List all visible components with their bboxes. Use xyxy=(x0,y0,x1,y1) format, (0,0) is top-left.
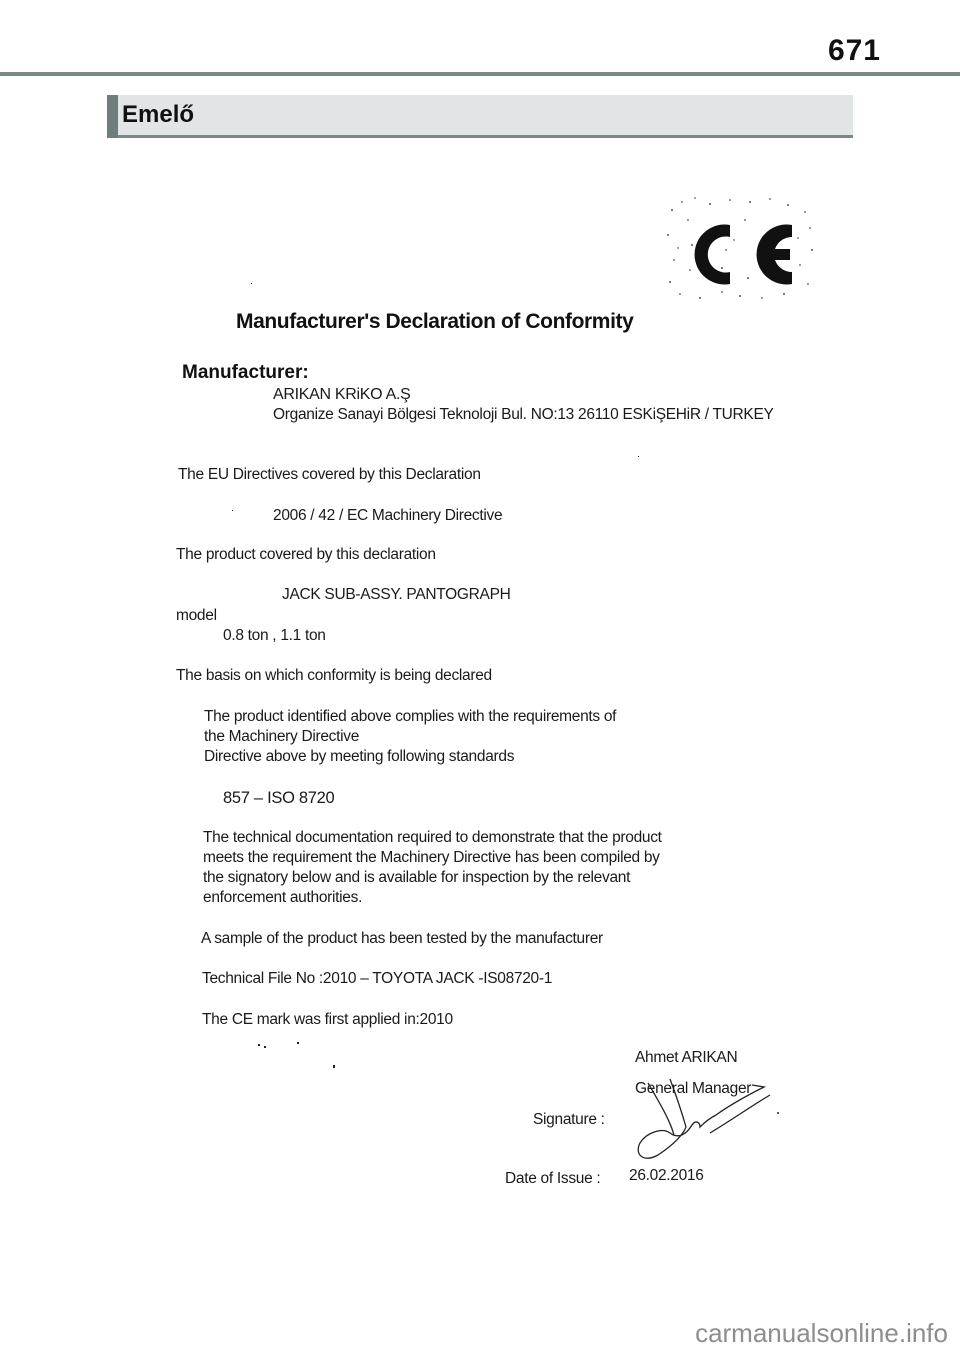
techdoc-line-4: enforcement authorities. xyxy=(203,889,362,907)
scan-speck xyxy=(333,1065,335,1068)
section-title: Emelő xyxy=(122,101,194,129)
model-label: model xyxy=(176,607,217,625)
declaration-title: Manufacturer's Declaration of Conformity xyxy=(236,310,633,334)
manufacturer-address: Organize Sanayi Bölgesi Teknoloji Bul. N… xyxy=(273,406,774,424)
product-heading: The product covered by this declaration xyxy=(176,546,436,564)
scan-speck xyxy=(258,1044,260,1046)
technical-file: Technical File No :2010 – TOYOTA JACK -I… xyxy=(202,970,552,988)
signature-label: Signature : xyxy=(533,1111,605,1129)
section-header: Emelő xyxy=(107,95,853,138)
basis-heading: The basis on which conformity is being d… xyxy=(176,667,492,685)
basis-line-1: The product identified above complies wi… xyxy=(204,708,616,726)
scan-speck xyxy=(232,510,233,511)
scan-speck xyxy=(251,283,252,284)
page-number: 671 xyxy=(828,34,881,68)
scan-speck xyxy=(638,456,639,457)
ce-first-applied: The CE mark was first applied in:2010 xyxy=(202,1011,453,1029)
signatory-name: Ahmet ARIKAN xyxy=(635,1049,737,1067)
sample-tested: A sample of the product has been tested … xyxy=(201,930,603,948)
standard-value: 857 – ISO 8720 xyxy=(223,789,334,808)
manufacturer-name: ARIKAN KRiKO A.Ş xyxy=(273,386,410,404)
basis-line-3: Directive above by meeting following sta… xyxy=(204,748,514,766)
techdoc-line-1: The technical documentation required to … xyxy=(203,829,662,847)
scan-speck xyxy=(264,1046,266,1048)
directives-heading: The EU Directives covered by this Declar… xyxy=(178,466,481,484)
signature-image xyxy=(630,1075,780,1165)
basis-line-2: the Machinery Directive xyxy=(204,728,359,746)
watermark-text: carmanualsonline.info xyxy=(695,1318,948,1349)
model-value: 0.8 ton , 1.1 ton xyxy=(223,627,326,645)
scan-speck xyxy=(297,1042,299,1044)
product-name: JACK SUB-ASSY. PANTOGRAPH xyxy=(282,586,511,604)
manufacturer-label: Manufacturer: xyxy=(182,362,309,384)
ce-mark-icon xyxy=(660,190,820,305)
techdoc-line-3: the signatory below and is available for… xyxy=(203,869,630,887)
section-header-stripe xyxy=(107,95,118,138)
date-label: Date of Issue : xyxy=(505,1170,600,1188)
techdoc-line-2: meets the requirement the Machinery Dire… xyxy=(203,849,660,867)
header-divider xyxy=(0,72,960,76)
date-value: 26.02.2016 xyxy=(629,1167,704,1185)
directives-value: 2006 / 42 / EC Machinery Directive xyxy=(273,507,502,525)
